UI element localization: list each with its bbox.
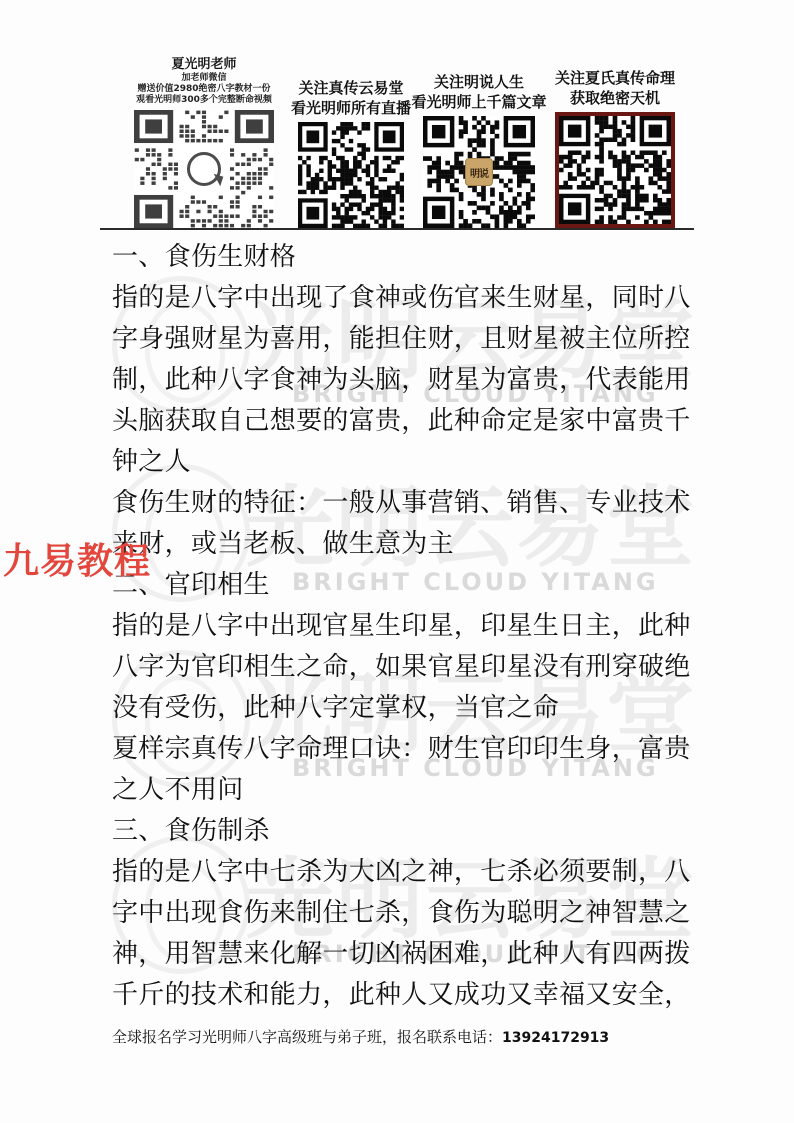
- red-stamp-watermark: 九易教程: [3, 533, 151, 584]
- qr-code-wechat: [134, 110, 274, 228]
- qr-caption-sub: 观看光明师300多个完整断命视频: [136, 95, 272, 106]
- body-line: 字身强财星为喜用，能担住财，且财星被主位所控: [112, 319, 698, 360]
- qr-caption-line2: 看光明师所有直播: [291, 98, 411, 118]
- body-line: 头脑获取自己想要的富贵，此种命定是家中富贵千: [112, 401, 698, 442]
- body-line: 字中出现食伤来制住七杀，食伤为聪明之神智慧之: [112, 893, 698, 934]
- phone-number: 13924172913: [502, 1030, 609, 1046]
- section-heading: 二、官印相生: [112, 565, 698, 606]
- qr-caption-title: 夏光明老师: [171, 57, 236, 73]
- body-line: 钟之人: [112, 442, 698, 483]
- section-heading: 三、食伤制杀: [112, 811, 698, 852]
- mingshuo-seal-logo: 明说: [465, 158, 493, 186]
- qr-code-livestream: [298, 122, 404, 228]
- qr-item-yunyitang: 关注真传云易堂 看光明师所有直播: [296, 78, 406, 228]
- body-line: 指的是八字中出现官星生印星，印星生日主，此种: [112, 606, 698, 647]
- qr-caption-sub: 赠送价值2980绝密八字教材一份: [137, 84, 270, 95]
- body-line: 夏样宗真传八字命理口诀：财生官印印生身，富贵: [112, 729, 698, 770]
- section-heading: 一、食伤生财格: [112, 237, 698, 278]
- qr-pattern: [298, 122, 404, 228]
- body-text: 一、食伤生财格 指的是八字中出现了食神或伤官来生财星，同时八 字身强财星为喜用，…: [112, 237, 698, 1016]
- qr-item-xiashi: 关注夏氏真传命理 获取绝密天机: [552, 68, 678, 228]
- document-page: 光明云易堂 BRIGHT CLOUD YITANG 光明云易堂 BRIGHT C…: [0, 0, 794, 1123]
- body-line: 之人不用问: [112, 770, 698, 811]
- body-line: 来财，或当老板、做生意为主: [112, 524, 698, 565]
- qr-caption-line2: 看光明师上千篇文章: [412, 92, 547, 112]
- body-line: 制，此种八字食神为头脑，财星为富贵，代表能用: [112, 360, 698, 401]
- qr-section: 夏光明老师 加老师微信 赠送价值2980绝密八字教材一份 观看光明师300多个完…: [126, 46, 678, 228]
- qr-pattern: [559, 116, 671, 224]
- qr-caption-line1: 关注明说人生: [434, 72, 524, 92]
- body-line: 神，用智慧来化解一切凶祸困难，此种人有四两拨: [112, 934, 698, 975]
- qr-code-secrets: [555, 112, 675, 228]
- qr-caption-line1: 关注夏氏真传命理: [555, 68, 675, 88]
- separator-line: [100, 228, 694, 230]
- body-line: 没有受伤，此种八字定掌权，当官之命: [112, 688, 698, 729]
- qr-item-mingshuo: 关注明说人生 看光明师上千篇文章 明说: [420, 72, 538, 228]
- qr-caption-line1: 关注真传云易堂: [298, 78, 403, 98]
- footer: 全球报名学习光明师八字高级班与弟子班，报名联系电话：13924172913: [112, 1026, 712, 1047]
- body-line: 千斤的技术和能力，此种人又成功又幸福又安全，: [112, 975, 698, 1016]
- qr-caption-sub: 加老师微信: [181, 73, 226, 84]
- body-line: 指的是八字中七杀为大凶之神，七杀必须要制，八: [112, 852, 698, 893]
- qr-item-xiaguangming: 夏光明老师 加老师微信 赠送价值2980绝密八字教材一份 观看光明师300多个完…: [126, 57, 282, 228]
- chat-bubble-icon: [187, 152, 221, 186]
- qr-code-articles: 明说: [423, 116, 535, 228]
- qr-caption-line2: 获取绝密天机: [570, 88, 660, 108]
- body-line: 指的是八字中出现了食神或伤官来生财星，同时八: [112, 278, 698, 319]
- footer-text: 全球报名学习光明师八字高级班与弟子班，报名联系电话：: [112, 1028, 502, 1046]
- body-line: 八字为官印相生之命，如果官星印星没有刑穿破绝: [112, 647, 698, 688]
- body-line: 食伤生财的特征：一般从事营销、销售、专业技术: [112, 483, 698, 524]
